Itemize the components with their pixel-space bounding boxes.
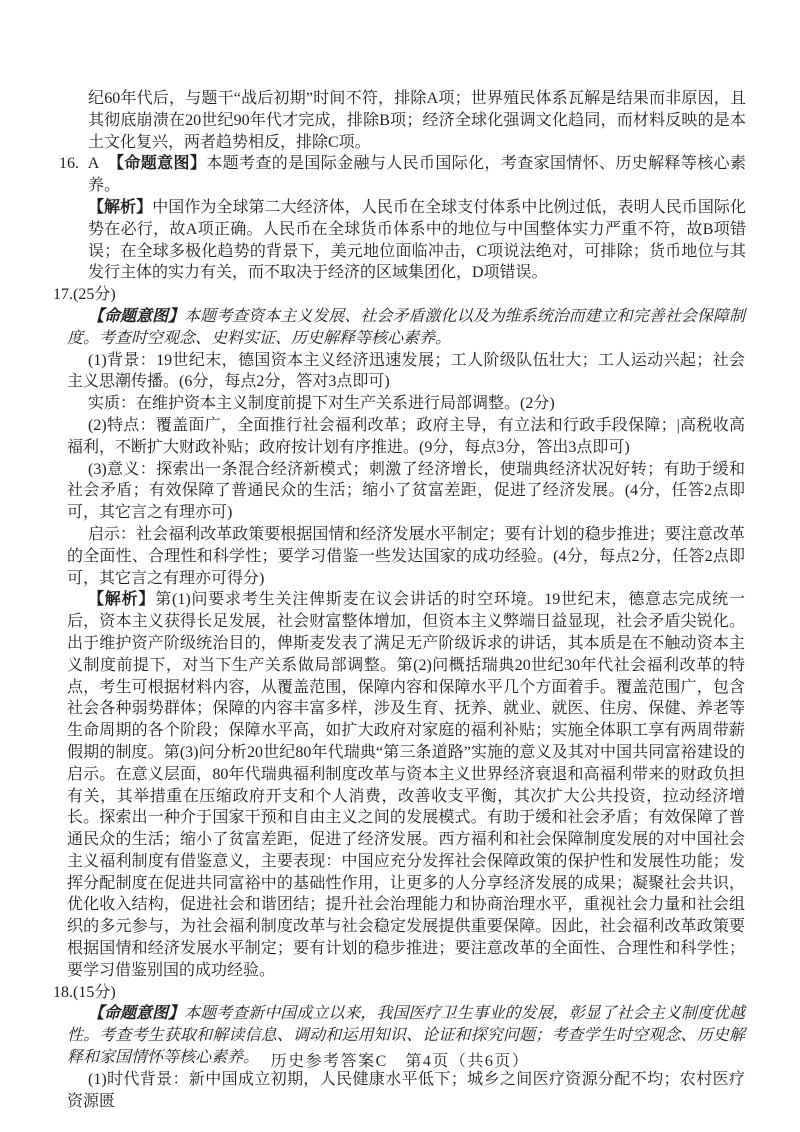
q17-answer-essence: 实质：在维护资本主义制度前提下对生产关系进行局部调整。(2分)	[67, 393, 745, 415]
q15-analysis-tail: 纪60年代后，与题干“战后初期”时间不符，排除A项；世界殖民体系瓦解是结果而非原…	[88, 88, 746, 153]
q16-analysis-text: 中国作为全球第二大经济体，人民币在全球支付体系中比例过低，表明人民币国际化势在必…	[88, 199, 746, 281]
q16-analysis-label: 【解析】	[88, 199, 152, 216]
q17-analysis: 【解析】第(1)问要求考生关注俾斯麦在议会讲话的时空环境。19世纪末，德意志完成…	[67, 589, 745, 981]
q17-number: 17.(25分)	[53, 284, 800, 306]
q17-analysis-text: 第(1)问要求考生关注俾斯麦在议会讲话的时空环境。19世纪末，德意志完成统一后，…	[67, 591, 745, 979]
q17-intent: 【命题意图】本题考查资本主义发展、社会矛盾激化以及为维系统治而建立和完善社会保障…	[67, 306, 745, 350]
scanned-answer-page: 纪60年代后，与题干“战后初期”时间不符，排除A项；世界殖民体系瓦解是结果而非原…	[0, 0, 800, 1132]
q18-intent-label: 【命题意图】	[88, 1005, 184, 1022]
page-footer: 历史参考答案C 第4页（共6页）	[0, 1048, 800, 1071]
q17-answer-background: (1)背景：19世纪末，德国资本主义经济迅速发展；工人阶级队伍壮大；工人运动兴起…	[67, 350, 745, 394]
q17-analysis-label: 【解析】	[88, 591, 155, 608]
q17-answer-significance: (3)意义：探索出一条混合经济新模式；刺激了经济增长，使瑞典经济状况好转；有助于…	[67, 459, 745, 524]
q17-intent-label: 【命题意图】	[88, 308, 184, 325]
answer-content: 纪60年代后，与题干“战后初期”时间不符，排除A项；世界殖民体系瓦解是结果而非原…	[0, 88, 800, 1112]
q16-intent-label: 【命题意图】	[108, 155, 206, 172]
q16-number: 16.	[59, 155, 79, 172]
q18-answer-background: (1)时代背景：新中国成立初期，人民健康水平低下；城乡之间医疗资源分配不均；农村…	[67, 1069, 745, 1113]
q16-analysis: 【解析】中国作为全球第二大经济体，人民币在全球支付体系中比例过低，表明人民币国际…	[88, 197, 746, 284]
q16-answer-letter: A	[88, 155, 100, 172]
q17-answer-inspiration: 启示：社会福利改革政策要根据国情和经济发展水平制定；要有计划的稳步推进；要注意改…	[67, 524, 745, 589]
q17-answer-features: (2)特点：覆盖面广，全面推行社会福利改革；政府主导，有立法和行政手段保障；|高…	[67, 415, 745, 459]
q16-intent-line: 16. A 【命题意图】本题考查的是国际金融与人民币国际化，考查家国情怀、历史解…	[88, 153, 746, 197]
q18-number: 18.(15分)	[53, 982, 800, 1004]
